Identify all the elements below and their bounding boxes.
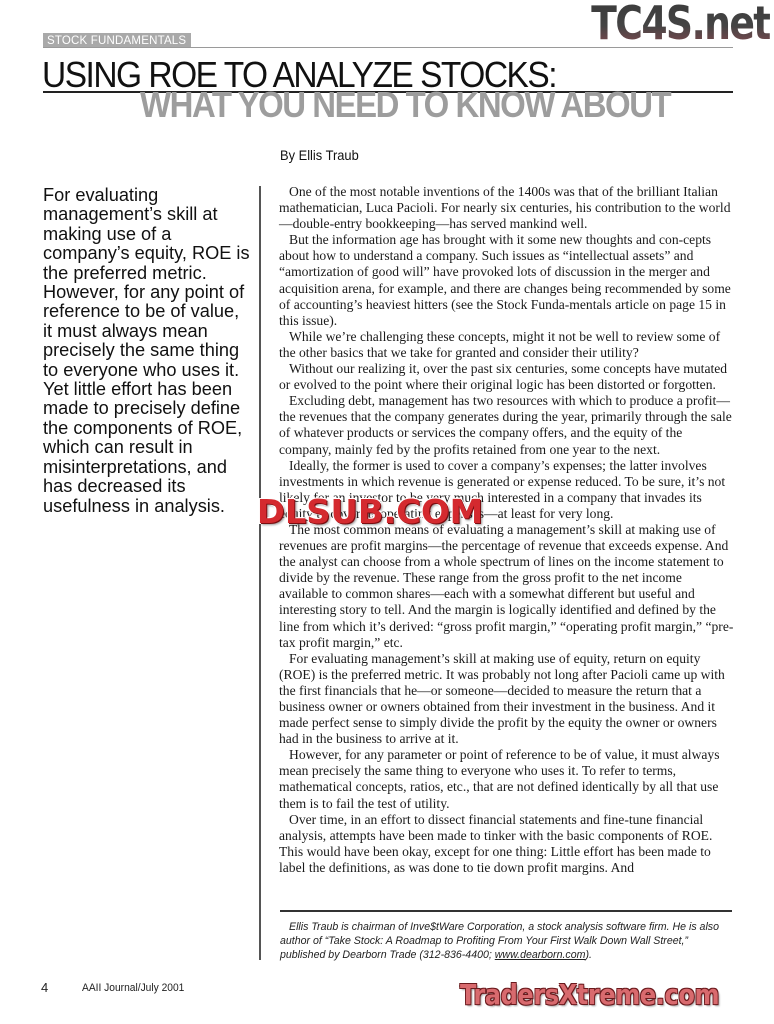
watermark-tradersxtreme: TradersXtreme.com [460,978,719,1011]
pull-quote-text: For evaluating management’s skill at mak… [43,186,253,516]
bio-text-end: ). [585,949,591,961]
paragraph: For evaluating management’s skill at mak… [279,651,734,748]
paragraph: While we’re challenging these concepts, … [279,329,734,361]
journal-issue: AAII Journal/July 2001 [82,982,184,994]
page-number: 4 [41,980,48,995]
paragraph: Without our realizing it, over the past … [279,361,734,393]
paragraph: The most common means of evaluating a ma… [279,522,734,651]
column-divider [259,186,261,960]
publisher-link[interactable]: www.dearborn.com [495,949,586,961]
watermark-dlsub: DLSUB.COM [244,493,497,529]
paragraph: Over time, in an effort to dissect finan… [279,812,734,876]
watermark-tc4s: TC4S.net [591,0,770,50]
paragraph: Excluding debt, management has two resou… [279,393,734,457]
byline: By Ellis Traub [280,147,359,163]
paragraph: One of the most notable inventions of th… [279,184,734,232]
bio-divider [280,910,732,912]
pull-quote: For evaluating management’s skill at mak… [43,186,253,516]
section-tag: STOCK FUNDAMENTALS [43,33,191,48]
paragraph: However, for any parameter or point of r… [279,747,734,811]
article-subtitle: WHAT YOU NEED TO KNOW ABOUT [140,86,670,124]
author-bio: Ellis Traub is chairman of Inve$tWare Co… [280,920,735,962]
paragraph: But the information age has brought with… [279,232,734,329]
